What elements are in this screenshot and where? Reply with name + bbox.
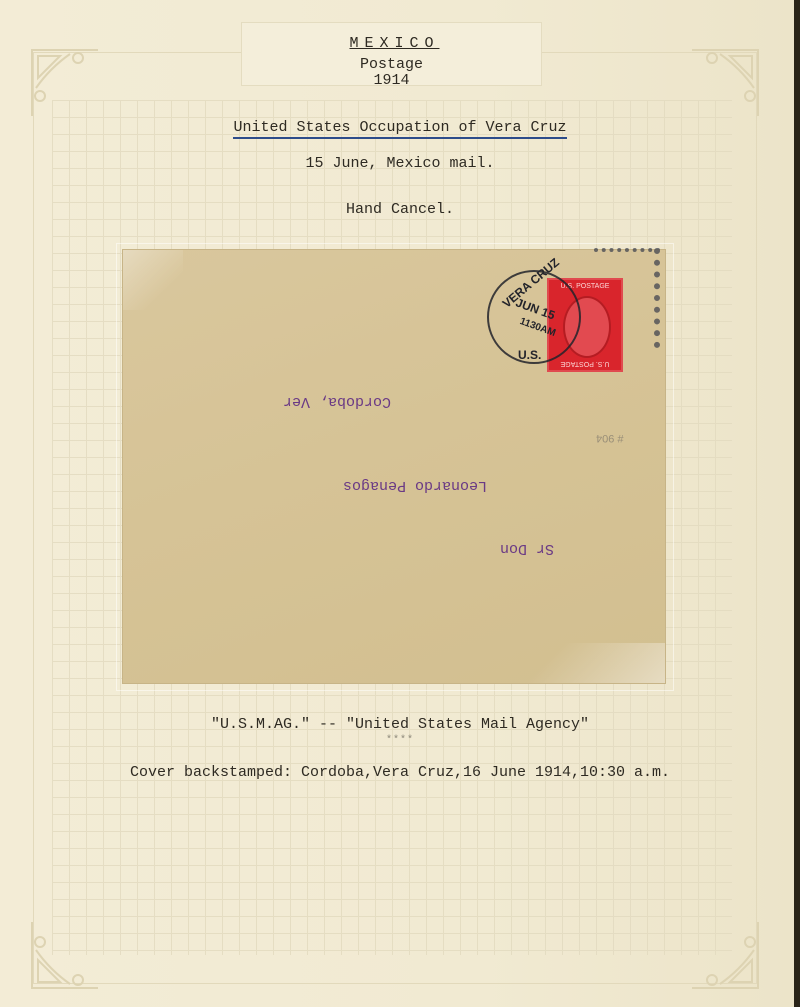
cancel-type: Hand Cancel. (0, 201, 800, 218)
country-title: MEXICO (242, 35, 541, 52)
pencil-note: # 904 (596, 432, 624, 444)
postmark-country: U.S. (518, 348, 541, 362)
ornament-corner-icon (690, 920, 760, 990)
title-box: MEXICO Postage 1914 (241, 22, 542, 86)
agency-note: "U.S.M.AG." -- "United States Mail Agenc… (0, 716, 800, 733)
ornament-corner-icon (30, 920, 100, 990)
address-city: Cordoba, Ver (283, 393, 391, 410)
stamp-bottom-label: U.S. POSTAGE (549, 360, 621, 367)
album-page: MEXICO Postage 1914 United States Occupa… (0, 0, 794, 1007)
subject-title: Postage (242, 56, 541, 73)
scan-edge (794, 0, 800, 1007)
section-heading: United States Occupation of Vera Cruz (0, 119, 800, 136)
date-line: 15 June, Mexico mail. (0, 155, 800, 172)
sleeve-glare (505, 643, 665, 683)
ornament-corner-icon (690, 48, 760, 118)
backstamp-note: Cover backstamped: Cordoba,Vera Cruz,16 … (0, 764, 800, 781)
separator-stars: **** (0, 735, 800, 746)
year-title: 1914 (242, 72, 541, 89)
address-salutation: Sr Don (500, 540, 554, 557)
address-name: Leonardo Penagos (343, 477, 487, 494)
ornament-corner-icon (30, 48, 100, 118)
sleeve-glare (123, 250, 183, 310)
heading-text: United States Occupation of Vera Cruz (233, 119, 566, 139)
